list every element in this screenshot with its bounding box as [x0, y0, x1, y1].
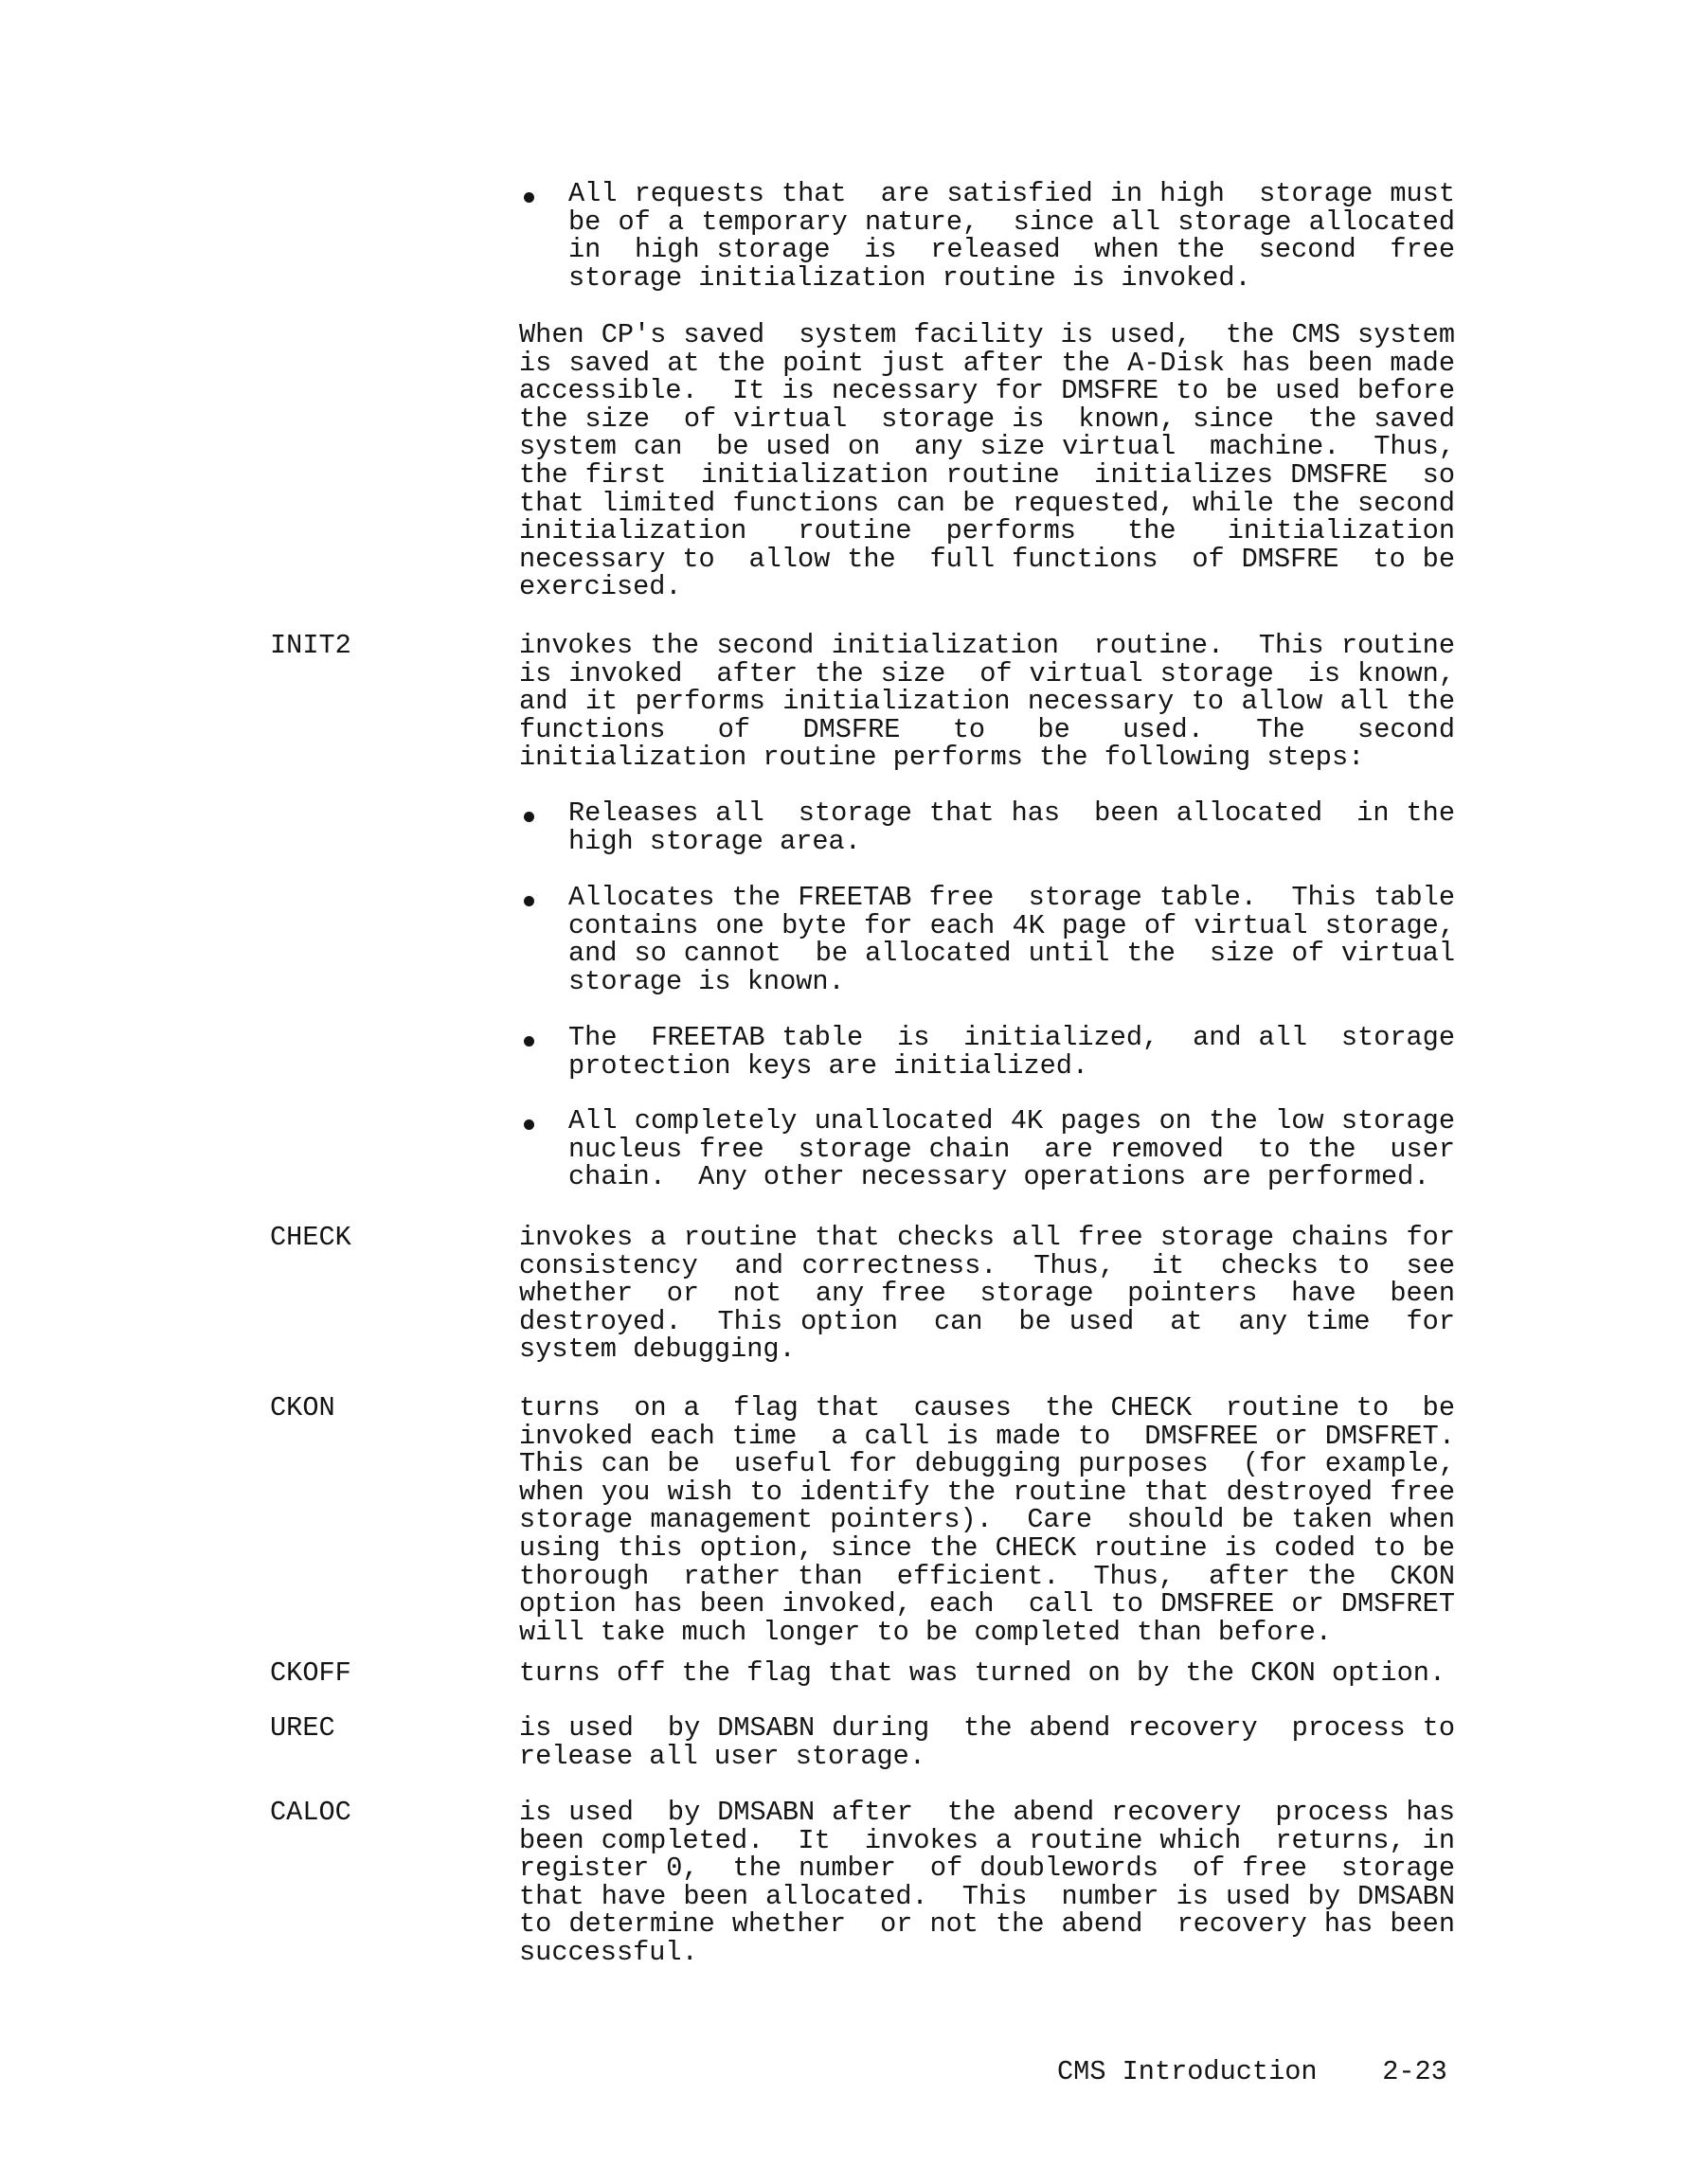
text-line: system can be used on any size virtual m… — [519, 433, 1455, 461]
text-line: thorough rather than efficient. Thus, af… — [519, 1563, 1455, 1591]
option-description-urec: is used by DMSABN during the abend recov… — [519, 1714, 1455, 1770]
text-line: necessary to allow the full functions of… — [519, 546, 1455, 574]
option-label-ckon: CKON — [270, 1394, 335, 1423]
text-line: high storage area. — [568, 828, 1455, 856]
text-line: nucleus free storage chain are removed t… — [568, 1136, 1455, 1164]
text-line: register 0, the number of doublewords of… — [519, 1854, 1455, 1883]
text-line: initialization routine performs the init… — [519, 517, 1455, 546]
text-line: option has been invoked, each call to DM… — [519, 1590, 1455, 1619]
option-label-ckoff: CKOFF — [270, 1659, 351, 1688]
text-line: initialization routine performs the foll… — [519, 743, 1455, 772]
option-label-check: CHECK — [270, 1224, 351, 1252]
text-line: This can be useful for debugging purpose… — [519, 1450, 1455, 1478]
text-line: that have been allocated. This number is… — [519, 1883, 1455, 1911]
page-footer: CMS Introduction 2-23 — [1057, 2058, 1447, 2086]
text-line: when you wish to identify the routine th… — [519, 1478, 1455, 1507]
saved-system-paragraph: When CP's saved system facility is used,… — [519, 321, 1455, 601]
option-description-init2: invokes the second initialization routin… — [519, 632, 1455, 772]
text-line: chain. Any other necessary operations ar… — [568, 1163, 1455, 1191]
text-line: invokes the second initialization routin… — [519, 632, 1455, 660]
text-line: All requests that are satisfied in high … — [568, 180, 1455, 208]
init2-step-initialize-freetab: The FREETAB table is initialized, and al… — [568, 1024, 1455, 1080]
option-label-init2: INIT2 — [270, 632, 351, 660]
text-line: storage is known. — [568, 968, 1455, 996]
text-line: and so cannot be allocated until the siz… — [568, 940, 1455, 968]
option-description-ckon: turns on a flag that causes the CHECK ro… — [519, 1394, 1455, 1646]
text-line: in high storage is released when the sec… — [568, 236, 1455, 264]
document-page: All requests that are satisfied in high … — [0, 0, 1688, 2184]
text-line: consistency and correctness. Thus, it ch… — [519, 1252, 1455, 1280]
text-line: to determine whether or not the abend re… — [519, 1910, 1455, 1939]
bullet-icon — [524, 1119, 534, 1130]
text-line: accessible. It is necessary for DMSFRE t… — [519, 377, 1455, 405]
init2-step-release: Releases all storage that has been alloc… — [568, 799, 1455, 855]
text-line: is used by DMSABN after the abend recove… — [519, 1799, 1455, 1827]
text-line: The FREETAB table is initialized, and al… — [568, 1024, 1455, 1052]
option-description-caloc: is used by DMSABN after the abend recove… — [519, 1799, 1455, 1967]
text-line: functions of DMSFRE to be used. The seco… — [519, 716, 1455, 744]
bullet-icon — [524, 812, 534, 822]
text-line: Releases all storage that has been alloc… — [568, 799, 1455, 828]
text-line: turns off the flag that was turned on by… — [519, 1659, 1455, 1688]
text-line: Allocates the FREETAB free storage table… — [568, 884, 1455, 912]
bullet-icon — [524, 192, 534, 203]
page-number: 2-23 — [1382, 2056, 1447, 2087]
text-line: whether or not any free storage pointers… — [519, 1280, 1455, 1308]
text-line: turns on a flag that causes the CHECK ro… — [519, 1394, 1455, 1423]
text-line: is used by DMSABN during the abend recov… — [519, 1714, 1455, 1743]
text-line: release all user storage. — [519, 1743, 1455, 1771]
text-line: been completed. It invokes a routine whi… — [519, 1827, 1455, 1855]
text-line: and it performs initialization necessary… — [519, 688, 1455, 716]
text-line: storage initialization routine is invoke… — [568, 264, 1455, 293]
text-line: will take much longer to be completed th… — [519, 1619, 1455, 1647]
text-line: exercised. — [519, 573, 1455, 601]
text-line: invoked each time a call is made to DMSF… — [519, 1423, 1455, 1451]
init2-step-move-pages: All completely unallocated 4K pages on t… — [568, 1107, 1455, 1191]
text-line: When CP's saved system facility is used,… — [519, 321, 1455, 349]
text-line: successful. — [519, 1939, 1455, 1967]
text-line: is invoked after the size of virtual sto… — [519, 660, 1455, 689]
text-line: protection keys are initialized. — [568, 1052, 1455, 1081]
bullet-item-high-storage: All requests that are satisfied in high … — [568, 180, 1455, 292]
text-line: is saved at the point just after the A-D… — [519, 349, 1455, 378]
text-line: All completely unallocated 4K pages on t… — [568, 1107, 1455, 1136]
text-line: the first initialization routine initial… — [519, 461, 1455, 490]
text-line: be of a temporary nature, since all stor… — [568, 208, 1455, 237]
option-label-urec: UREC — [270, 1714, 335, 1743]
init2-step-allocate-freetab: Allocates the FREETAB free storage table… — [568, 884, 1455, 995]
bullet-icon — [524, 1036, 534, 1047]
option-label-caloc: CALOC — [270, 1799, 351, 1827]
option-description-check: invokes a routine that checks all free s… — [519, 1224, 1455, 1364]
text-line: invokes a routine that checks all free s… — [519, 1224, 1455, 1252]
text-line: destroyed. This option can be used at an… — [519, 1308, 1455, 1336]
option-description-ckoff: turns off the flag that was turned on by… — [519, 1659, 1455, 1688]
text-line: system debugging. — [519, 1335, 1455, 1364]
footer-title: CMS Introduction — [1057, 2056, 1318, 2087]
bullet-icon — [524, 896, 534, 906]
text-line: using this option, since the CHECK routi… — [519, 1534, 1455, 1563]
text-line: contains one byte for each 4K page of vi… — [568, 912, 1455, 940]
text-line: the size of virtual storage is known, si… — [519, 405, 1455, 434]
text-line: that limited functions can be requested,… — [519, 490, 1455, 518]
text-line: storage management pointers). Care shoul… — [519, 1506, 1455, 1534]
